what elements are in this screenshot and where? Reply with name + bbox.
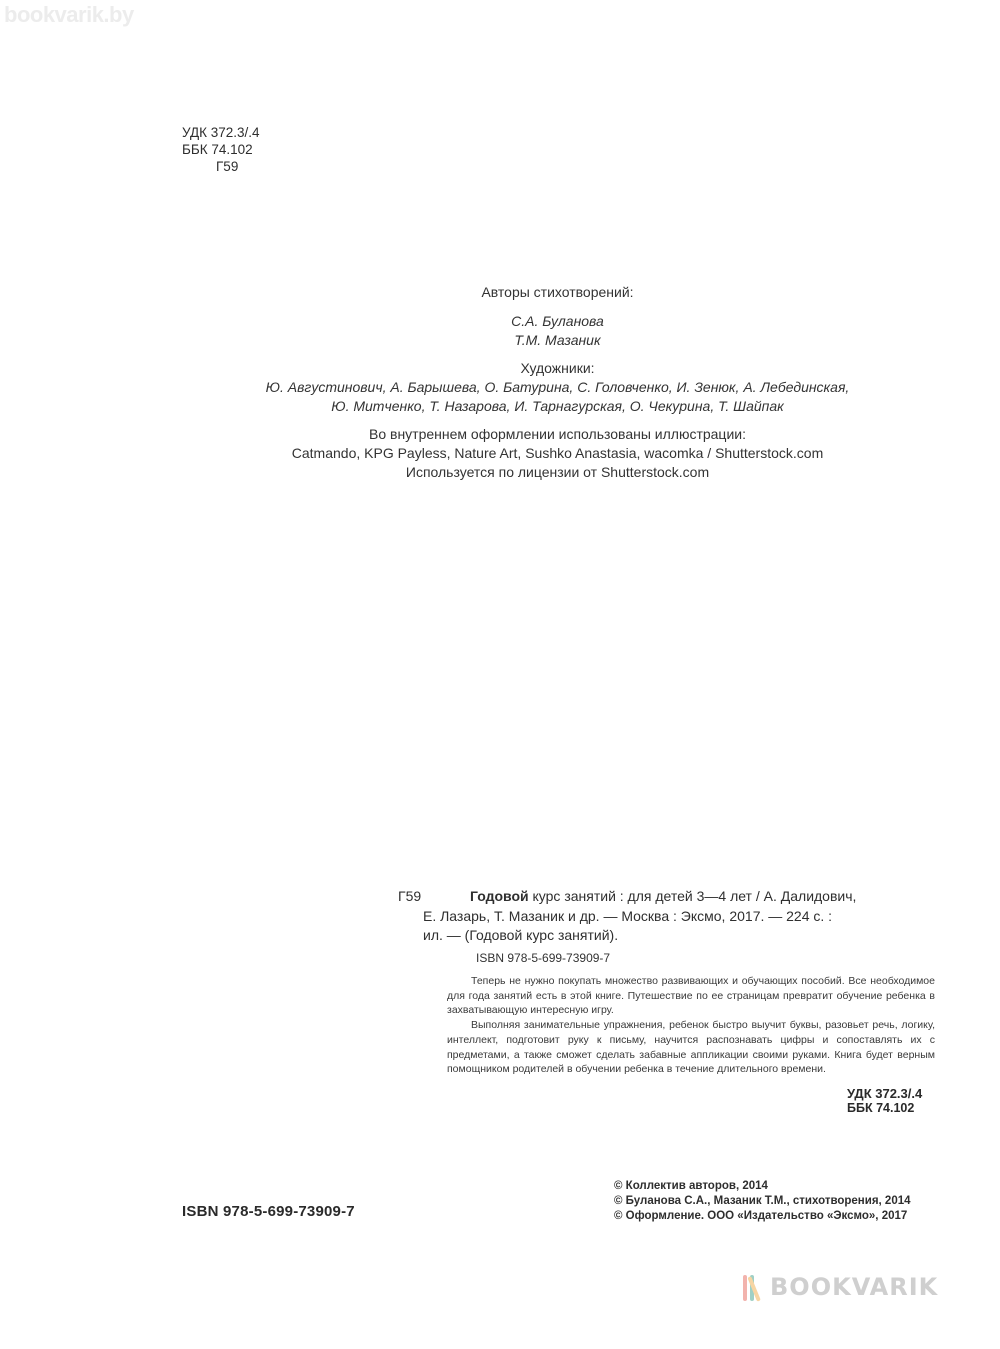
copyright-line: © Коллектив авторов, 2014 [614,1179,911,1194]
isbn-record: ISBN 978-5-699-73909-7 [476,951,610,965]
brand-name: BOOKVARIK [770,1273,938,1301]
artists-list-line: Ю. Августинович, А. Барышева, О. Батурин… [200,378,915,397]
poems-heading: Авторы стихотворений: [200,283,915,302]
copyright-line: © Буланова С.А., Мазаник Т.М., стихотвор… [614,1194,911,1209]
brand-watermark: BOOKVARIK [743,1273,938,1301]
bbk-code: ББК 74.102 [847,1101,922,1116]
title-keyword: Годовой [470,888,529,904]
copyright-line: © Оформление. ООО «Издательство «Эксмо»,… [614,1209,911,1224]
annotation-paragraph: Выполняя занимательные упражнения, ребен… [447,1018,935,1077]
entry-line: Е. Лазарь, Т. Мазаник и др. — Москва : Э… [423,907,938,927]
bibliographic-entry: Годовой курс занятий : для детей 3—4 лет… [470,887,938,946]
entry-line: курс занятий : для детей 3—4 лет / А. Да… [529,888,857,904]
udk-code: УДК 372.3/.4 [847,1086,922,1101]
site-watermark: bookvarik.by [4,2,134,28]
udk-code: УДК 372.3/.4 [182,124,260,141]
annotation: Теперь не нужно покупать множество разви… [447,974,935,1077]
license-note: Используется по лицензии от Shutterstock… [200,463,915,482]
entry-line: ил. — (Годовой курс занятий). [423,926,938,946]
bibliographic-record: Г59 Годовой курс занятий : для детей 3—4… [398,887,938,946]
books-logo-icon [743,1273,764,1301]
author-mark: Г59 [182,158,260,175]
artists-list-line: Ю. Митченко, Т. Назарова, И. Тарнагурска… [200,397,915,416]
copyright-block: © Коллектив авторов, 2014 © Буланова С.А… [614,1179,911,1223]
isbn-footer: ISBN 978-5-699-73909-7 [182,1203,355,1220]
poet-name: Т.М. Мазаник [200,331,915,350]
poet-name: С.А. Буланова [200,312,915,331]
illustrations-heading: Во внутреннем оформлении использованы ил… [200,425,915,444]
classification-codes-bottom: УДК 372.3/.4 ББК 74.102 [847,1086,922,1116]
credits-block: Авторы стихотворений: С.А. Буланова Т.М.… [200,283,915,482]
annotation-paragraph: Теперь не нужно покупать множество разви… [447,974,935,1018]
illustrations-sources: Catmando, KPG Payless, Nature Art, Sushk… [200,444,915,463]
artists-heading: Художники: [200,359,915,378]
author-mark: Г59 [398,887,421,907]
classification-codes-top: УДК 372.3/.4 ББК 74.102 Г59 [182,124,260,175]
bbk-code: ББК 74.102 [182,141,260,158]
